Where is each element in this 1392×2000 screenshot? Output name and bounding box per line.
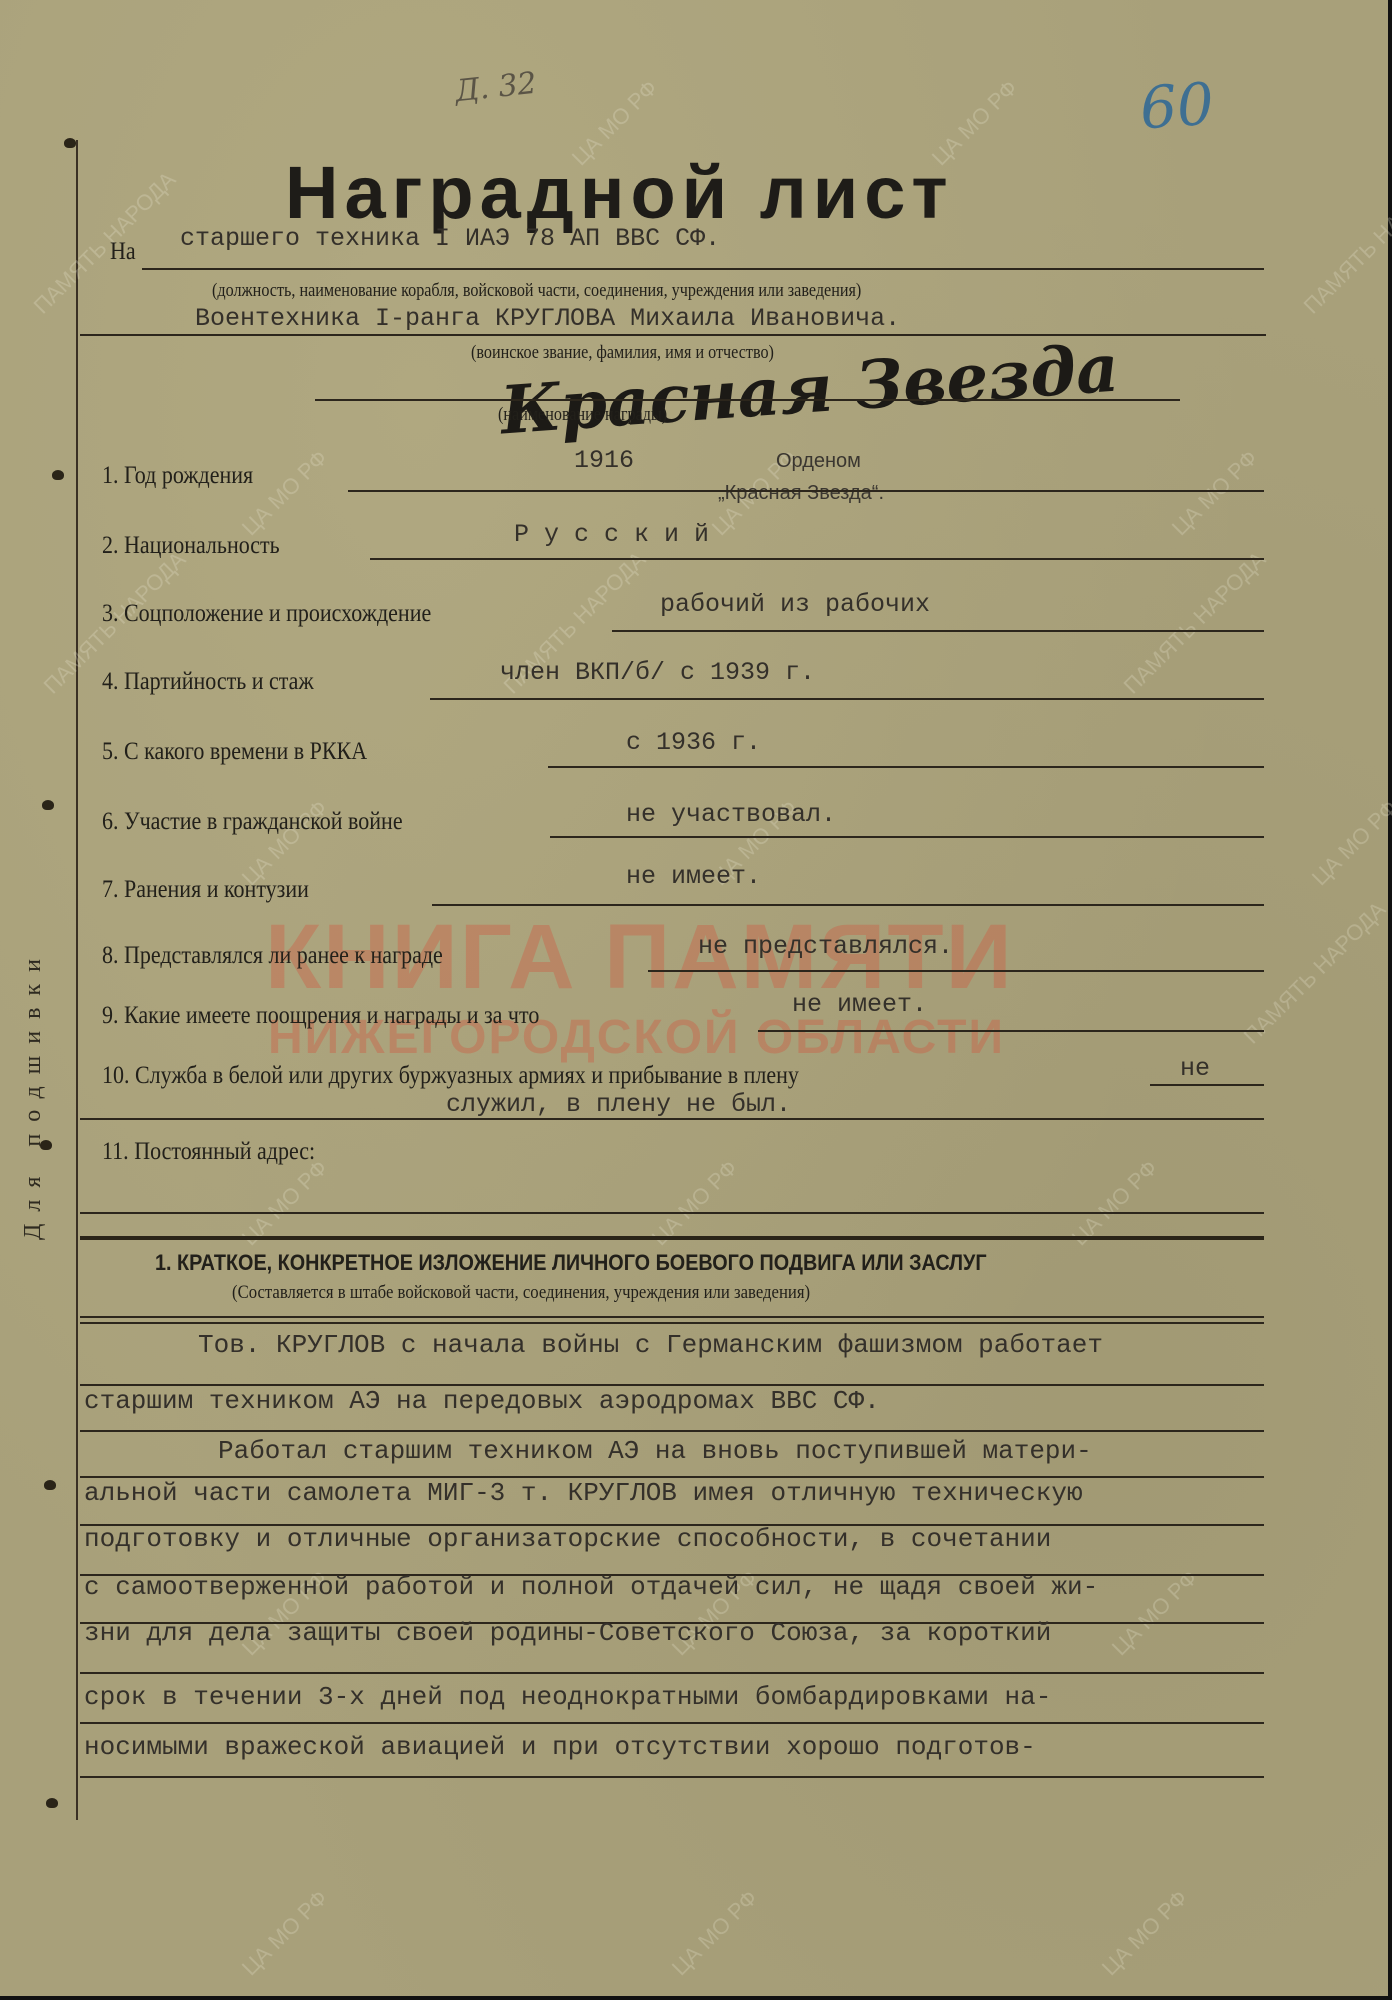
binding-margin-line bbox=[76, 140, 78, 1820]
narrative-rule bbox=[80, 1722, 1264, 1724]
field-3-label: 3. Соцположение и происхождение bbox=[102, 600, 431, 628]
field-3-value: рабочий из рабочих bbox=[660, 590, 930, 619]
section-divider bbox=[80, 1236, 1264, 1240]
binding-hole bbox=[42, 800, 54, 810]
narrative-line: старшим техником АЭ на передовых аэродро… bbox=[84, 1386, 880, 1416]
field-4-underline bbox=[430, 698, 1264, 700]
watermark-archive: ЦА МО РФ bbox=[237, 445, 333, 541]
section-rule bbox=[80, 1316, 1264, 1318]
field-7-value: не имеет. bbox=[626, 862, 761, 891]
archive-case-number: Д. 32 bbox=[453, 66, 538, 109]
recipient-name-value: Воентехника I-ранга КРУГЛОВА Михаила Ива… bbox=[195, 304, 900, 333]
field-1-value: 1916 bbox=[574, 446, 634, 475]
narrative-line: альной части самолета МИГ-3 т. КРУГЛОВ и… bbox=[84, 1478, 1083, 1508]
position-caption: (должность, наименование корабля, войско… bbox=[212, 280, 861, 302]
watermark-project: ПАМЯТЬ НАРОДА bbox=[1239, 897, 1391, 1049]
field-5-label: 5. С какого времени в РККА bbox=[102, 738, 367, 766]
field-1-underline bbox=[348, 490, 1264, 492]
narrative-line: Тов. КРУГЛОВ с начала войны с Германским… bbox=[198, 1330, 1103, 1360]
binding-hole bbox=[64, 138, 76, 148]
narrative-line: носимыми вражеской авиацией и при отсутс… bbox=[84, 1732, 1036, 1762]
document-title: Наградной лист bbox=[285, 150, 954, 235]
field-8-value: не представлялся. bbox=[698, 932, 953, 961]
field-10-value-continued: служил, в плену не был. bbox=[446, 1090, 791, 1119]
award-order-line1: Орденом bbox=[776, 450, 861, 473]
field-11-label: 11. Постоянный адрес: bbox=[102, 1138, 315, 1166]
field-9-underline bbox=[758, 1030, 1264, 1032]
narrative-line: подготовку и отличные организаторские сп… bbox=[84, 1524, 1051, 1554]
field-11-underline bbox=[80, 1212, 1264, 1214]
award-underline bbox=[315, 399, 1180, 401]
award-order-line2: „Красная Звезда“. bbox=[718, 482, 884, 505]
field-2-label: 2. Национальность bbox=[102, 532, 280, 560]
field-5-value: с 1936 г. bbox=[626, 728, 761, 757]
watermark-project: ПАМЯТЬ НАРОДА bbox=[1119, 547, 1271, 699]
watermark-archive: ЦА МО РФ bbox=[237, 1885, 333, 1981]
field-5-underline bbox=[548, 766, 1264, 768]
award-caption: (наименование награды) bbox=[498, 404, 667, 426]
page-number: 60 bbox=[1138, 70, 1216, 143]
watermark-archive: ЦА МО РФ bbox=[1307, 795, 1392, 891]
field-7-label: 7. Ранения и контузии bbox=[102, 876, 309, 904]
field-4-label: 4. Партийность и стаж bbox=[102, 668, 314, 696]
watermark-project: ПАМЯТЬ НАРОДА bbox=[1299, 167, 1392, 319]
section-rule bbox=[80, 1322, 1264, 1324]
award-sheet-page: Для подшивки ЦА МО РФ ЦА МО РФ ПАМЯТЬ НА… bbox=[0, 0, 1392, 2000]
field-8-label: 8. Представлялся ли ранее к награде bbox=[102, 942, 443, 970]
field-8-underline bbox=[648, 970, 1264, 972]
watermark-archive: ЦА МО РФ bbox=[1097, 1885, 1193, 1981]
narrative-rule bbox=[80, 1430, 1264, 1432]
field-3-underline bbox=[612, 630, 1264, 632]
binding-hole bbox=[44, 1480, 56, 1490]
scan-edge-bottom bbox=[0, 1996, 1392, 2000]
field-9-label: 9. Какие имеете поощрения и награды и за… bbox=[102, 1002, 539, 1030]
position-underline bbox=[142, 268, 1264, 270]
field-6-value: не участвовал. bbox=[626, 800, 836, 829]
scan-edge-right bbox=[1388, 0, 1392, 2000]
watermark-archive: ЦА МО РФ bbox=[667, 1885, 763, 1981]
field-6-label: 6. Участие в гражданской войне bbox=[102, 808, 403, 836]
section-heading: 1. КРАТКОЕ, КОНКРЕТНОЕ ИЗЛОЖЕНИЕ ЛИЧНОГО… bbox=[155, 1250, 987, 1276]
binding-hole bbox=[52, 470, 64, 480]
field-6-underline bbox=[550, 836, 1264, 838]
field-7-underline bbox=[432, 904, 1264, 906]
field-2-value: Р у с с к и й bbox=[514, 520, 709, 549]
narrative-line: срок в течении 3-х дней под неоднократны… bbox=[84, 1682, 1051, 1712]
narrative-line: зни для дела защиты своей родины-Советск… bbox=[84, 1618, 1051, 1648]
position-value: старшего техника I ИАЭ 78 АП ВВС СФ. bbox=[180, 224, 720, 253]
watermark-archive: ЦА МО РФ bbox=[1167, 445, 1263, 541]
binding-margin-label: Для подшивки bbox=[20, 947, 47, 1240]
field-9-value: не имеет. bbox=[792, 990, 927, 1019]
field-4-value: член ВКП/б/ с 1939 г. bbox=[500, 658, 815, 687]
narrative-line: с самоотверженной работой и полной отдач… bbox=[84, 1572, 1098, 1602]
field-2-underline bbox=[370, 558, 1264, 560]
binding-hole bbox=[46, 1798, 58, 1808]
field-10-underline-2 bbox=[80, 1118, 1264, 1120]
watermark-archive: ЦА МО РФ bbox=[1107, 1565, 1203, 1661]
field-1-label: 1. Год рождения bbox=[102, 462, 253, 490]
to-label: На bbox=[110, 238, 136, 266]
section-subheading: (Составляется в штабе войсковой части, с… bbox=[232, 1282, 810, 1304]
field-10-value: не bbox=[1180, 1054, 1210, 1083]
field-10-underline bbox=[1150, 1084, 1264, 1086]
narrative-rule bbox=[80, 1776, 1264, 1778]
narrative-rule bbox=[80, 1672, 1264, 1674]
watermark-project: ПАМЯТЬ НАРОДА bbox=[29, 167, 181, 319]
field-10-label: 10. Служба в белой или других буржуазных… bbox=[102, 1062, 799, 1090]
narrative-line: Работал старшим техником АЭ на вновь пос… bbox=[218, 1436, 1092, 1466]
